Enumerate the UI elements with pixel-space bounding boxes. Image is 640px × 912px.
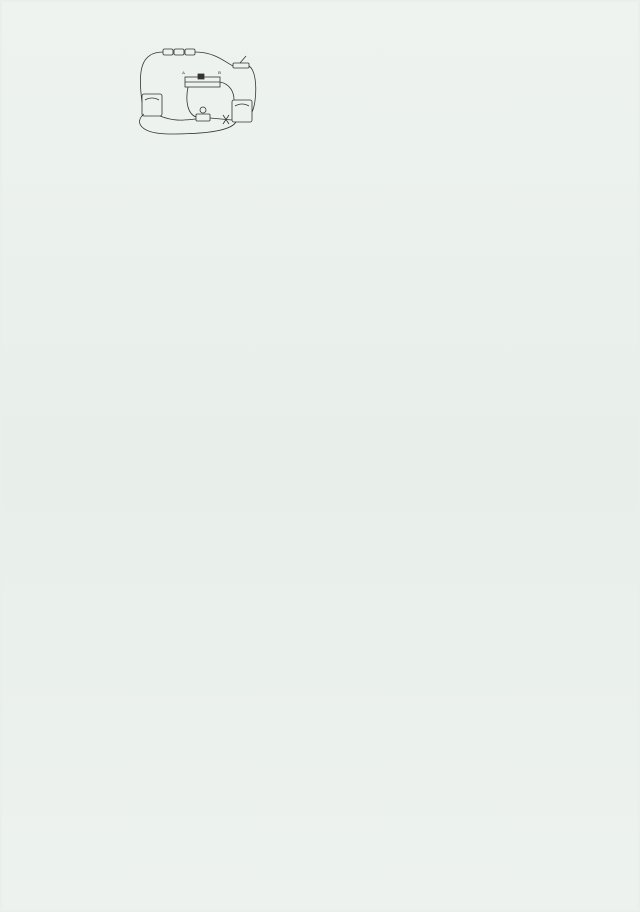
answer-sheet-page: A B [2, 2, 638, 910]
circuit-diagram-figure: A B [130, 42, 260, 142]
svg-text:B: B [218, 70, 221, 75]
svg-text:A: A [181, 70, 185, 75]
